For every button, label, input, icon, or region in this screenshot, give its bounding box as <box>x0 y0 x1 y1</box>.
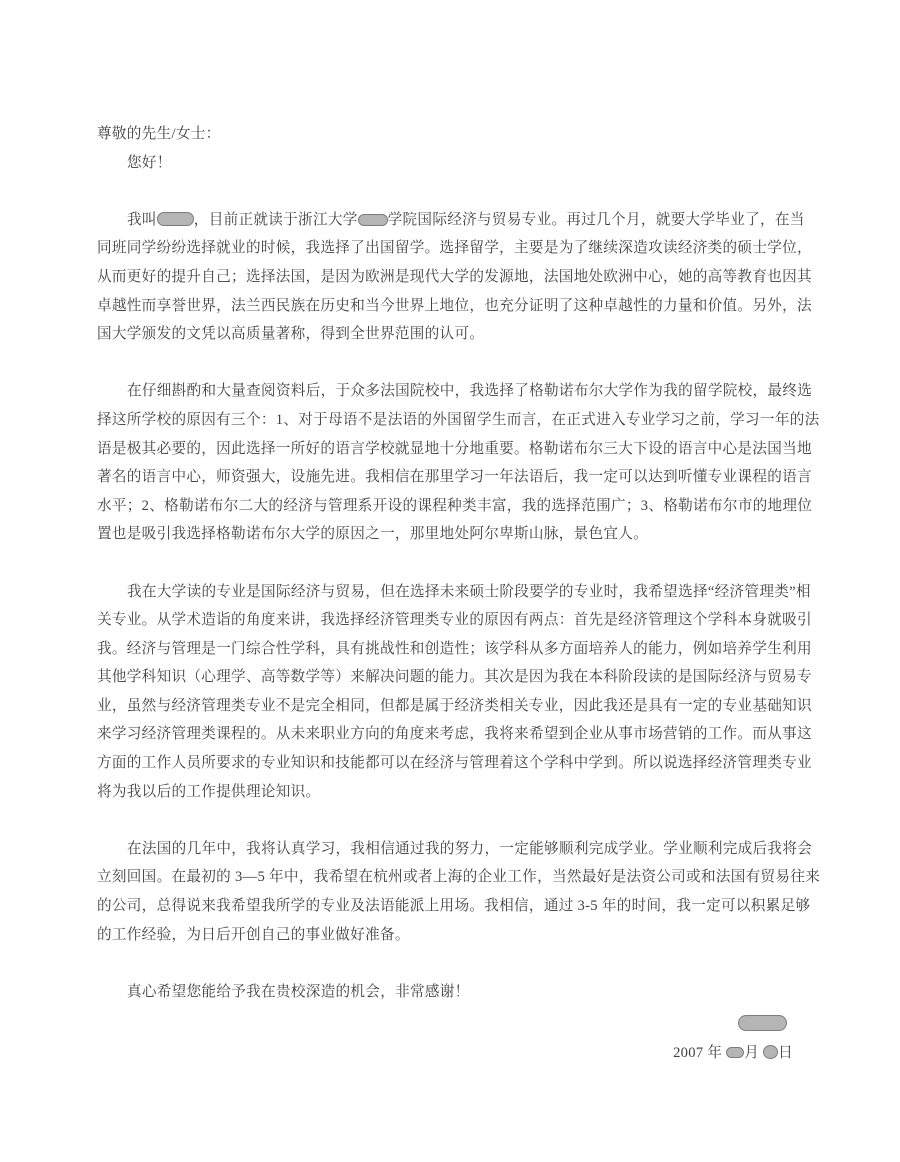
letter-content: 尊敬的先生/女士： 您好！ 我叫，目前正就读于浙江大学学院国际经济与贸易专业。再… <box>97 120 809 1068</box>
paragraph-line: 业，虽然与经济管理类专业不是完全相同，但都是属于经济类相关专业，因此我还是具有一… <box>97 692 809 721</box>
paragraph-line: 我。经济与管理是一门综合性学科，具有挑战性和创造性；该学科从多方面培养人的能力，… <box>97 635 809 664</box>
letter-page: 尊敬的先生/女士： 您好！ 我叫，目前正就读于浙江大学学院国际经济与贸易专业。再… <box>0 0 900 1162</box>
redaction-month <box>726 1047 744 1058</box>
salutation: 尊敬的先生/女士： <box>97 120 809 149</box>
paragraph-line: 国大学颁发的文凭以高质量著称，得到全世界范围的认可。 <box>97 320 809 349</box>
paragraph: 我叫，目前正就读于浙江大学学院国际经济与贸易专业。再过几个月，就要大学毕业了，在… <box>97 206 809 349</box>
paragraph-line: 的工作经验，为日后开创自己的事业做好准备。 <box>97 921 809 950</box>
paragraph-line: 真心希望您能给予我在贵校深造的机会，非常感谢！ <box>97 978 809 1007</box>
paragraph-line: 置也是吸引我选择格勒诺布尔大学的原因之一，那里地处阿尔卑斯山脉，景色宜人。 <box>97 520 809 549</box>
letter-body: 我叫，目前正就读于浙江大学学院国际经济与贸易专业。再过几个月，就要大学毕业了，在… <box>97 206 809 1007</box>
paragraph: 真心希望您能给予我在贵校深造的机会，非常感谢！ <box>97 978 809 1007</box>
greeting: 您好！ <box>97 149 809 178</box>
redaction-name <box>157 212 194 226</box>
paragraph-line: 其他学科知识（心理学、高等数学等）来解决问题的能力。其次是因为我在本科阶段读的是… <box>97 663 809 692</box>
paragraph-line: 择这所学校的原因有三个：1、对于母语不是法语的外国留学生而言，在正式进入专业学习… <box>97 406 809 435</box>
signature-row <box>97 1010 809 1039</box>
paragraph-line: 在法国的几年中，我将认真学习，我相信通过我的努力，一定能够顺利完成学业。学业顺利… <box>97 835 809 864</box>
paragraph: 我在大学读的专业是国际经济与贸易，但在选择未来硕士阶段要学的专业时，我希望选择“… <box>97 578 809 807</box>
paragraph-line: 来学习经济管理类课程的。从未来职业方向的角度来考虑，我将来希望到企业从事市场营销… <box>97 720 809 749</box>
paragraph-line: 语是极其必要的，因此选择一所好的语言学校就显地十分地重要。格勒诺布尔三大下设的语… <box>97 435 809 464</box>
paragraph-line: 关专业。从学术造诣的角度来讲，我选择经济管理类专业的原因有两点：首先是经济管理这… <box>97 606 809 635</box>
paragraph-line: 我叫，目前正就读于浙江大学学院国际经济与贸易专业。再过几个月，就要大学毕业了，在… <box>97 206 809 235</box>
paragraph-line: 水平；2、格勒诺布尔二大的经济与管理系开设的课程种类丰富，我的选择范围广；3、格… <box>97 492 809 521</box>
paragraph: 在法国的几年中，我将认真学习，我相信通过我的努力，一定能够顺利完成学业。学业顺利… <box>97 835 809 949</box>
paragraph-line: 我在大学读的专业是国际经济与贸易，但在选择未来硕士阶段要学的专业时，我希望选择“… <box>97 578 809 607</box>
paragraph-line: 从而更好的提升自己；选择法国，是因为欧洲是现代大学的发源地，法国地处欧洲中心，她… <box>97 263 809 292</box>
paragraph-line: 同班同学纷纷选择就业的时候，我选择了出国留学。选择留学，主要是为了继续深造攻读经… <box>97 234 809 263</box>
paragraph-line: 将为我以后的工作提供理论知识。 <box>97 778 809 807</box>
paragraph-line: 在仔细斟酌和大量查阅资料后，于众多法国院校中，我选择了格勒诺布尔大学作为我的留学… <box>97 377 809 406</box>
paragraph-line: 方面的工作人员所要求的专业知识和技能都可以在经济与管理着这个学科中学到。所以说选… <box>97 749 809 778</box>
paragraph-line: 的公司，总得说来我希望我所学的专业及法语能派上用场。我相信，通过 3-5 年的时… <box>97 892 809 921</box>
redaction-day <box>763 1045 778 1059</box>
paragraph-line: 卓越性而享誉世界，法兰西民族在历史和当今世界上地位，也充分证明了这种卓越性的力量… <box>97 292 809 321</box>
paragraph-line: 立刻回国。在最初的 3—5 年中，我希望在杭州或者上海的企业工作，当然最好是法资… <box>97 863 809 892</box>
redaction-signature <box>738 1015 787 1031</box>
paragraph: 在仔细斟酌和大量查阅资料后，于众多法国院校中，我选择了格勒诺布尔大学作为我的留学… <box>97 377 809 549</box>
date-line: 2007 年 月 日 <box>97 1039 809 1068</box>
redaction-school <box>358 214 388 226</box>
paragraph-line: 著名的语言中心，师资强大，设施先进。我相信在那里学习一年法语后，我一定可以达到听… <box>97 463 809 492</box>
